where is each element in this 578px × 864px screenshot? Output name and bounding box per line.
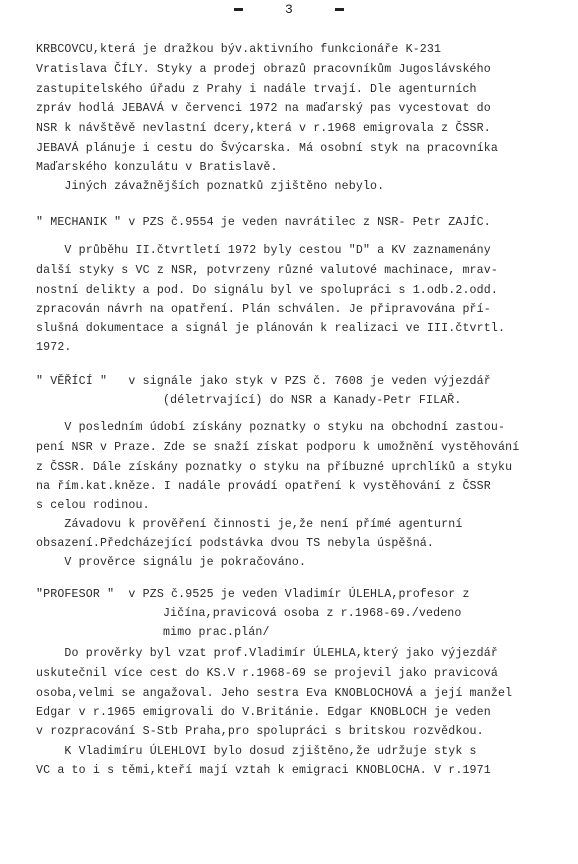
- text-line: Jiných závažnějších poznatků zjištěno ne…: [36, 179, 384, 195]
- text-line: NSR k návštěvě nevlastní dcery,která v r…: [36, 121, 491, 137]
- text-line: Závadovu k prověření činnosti je,že není…: [36, 517, 462, 533]
- text-line: pení NSR v Praze. Zde se snaží získat po…: [36, 440, 519, 456]
- text-line: V prověrce signálu je pokračováno.: [36, 555, 306, 571]
- text-line: V posledním údobí získány poznatky o sty…: [36, 420, 505, 436]
- text-line: s celou rodinou.: [36, 498, 150, 514]
- text-line: uskutečnil více cest do KS.V r.1968-69 s…: [36, 666, 498, 682]
- text-line: obsazení.Předcházející podstávka dvou TS…: [36, 536, 434, 552]
- page-number: 3: [0, 2, 578, 17]
- section-heading-verici-cont: (déletrvající) do NSR a Kanady-Petr FILA…: [163, 393, 462, 409]
- text-line: slušná dokumentace a signál je plánován …: [36, 321, 505, 337]
- text-line: v rozpracování S-Stb Praha,pro spoluprác…: [36, 724, 484, 740]
- text-line: Edgar v r.1965 emigrovali do V.Británie.…: [36, 705, 491, 721]
- text-line: zastupitelského úřadu z Prahy i nadále t…: [36, 82, 477, 98]
- document-page: 3 KRBCOVCU,která je dražkou býv.aktivníh…: [0, 0, 578, 864]
- text-line: V průběhu II.čtvrtletí 1972 byly cestou …: [36, 243, 491, 259]
- section-heading-profesor-cont: mimo prac.plán/: [163, 625, 270, 641]
- section-heading-verici: " VĚŘÍCÍ " v signále jako styk v PZS č. …: [36, 374, 491, 390]
- text-line: KRBCOVCU,která je dražkou býv.aktivního …: [36, 42, 441, 58]
- text-line: zpracován návrh na opatření. Plán schvál…: [36, 302, 491, 318]
- text-line: VC a to i s těmi,kteří mají vztah k emig…: [36, 763, 491, 779]
- text-line: Do prověrky byl vzat prof.Vladimír ÚLEHL…: [36, 646, 498, 662]
- section-heading-mechanik: " MECHANIK " v PZS č.9554 je veden navrá…: [36, 215, 491, 231]
- text-line: Vratislava ČÍLY. Styky a prodej obrazů p…: [36, 62, 491, 78]
- text-line: z ČSSR. Dále získány poznatky o styku na…: [36, 460, 512, 476]
- text-line: na řím.kat.kněze. I nadále provádí opatř…: [36, 479, 491, 495]
- section-heading-profesor: "PROFESOR " v PZS č.9525 je veden Vladim…: [36, 587, 470, 603]
- text-line: osoba,velmi se angažoval. Jeho sestra Ev…: [36, 686, 512, 702]
- dash-right: [335, 8, 344, 11]
- text-line: Maďarského konzulátu v Bratislavě.: [36, 160, 278, 176]
- dash-left: [234, 8, 243, 11]
- text-line: JEBAVÁ plánuje i cestu do Švýcarska. Má …: [36, 141, 498, 157]
- text-line: další styky s VC z NSR, potvrzeny různé …: [36, 263, 498, 279]
- text-line: 1972.: [36, 340, 72, 356]
- text-line: nostní delikty a pod. Do signálu byl ve …: [36, 283, 498, 299]
- text-line: zpráv hodlá JEBAVÁ v červenci 1972 na ma…: [36, 101, 491, 117]
- section-heading-profesor-cont: Jičína,pravicová osoba z r.1968-69./vede…: [163, 606, 462, 622]
- text-line: K Vladimíru ÚLEHLOVI bylo dosud zjištěno…: [36, 744, 477, 760]
